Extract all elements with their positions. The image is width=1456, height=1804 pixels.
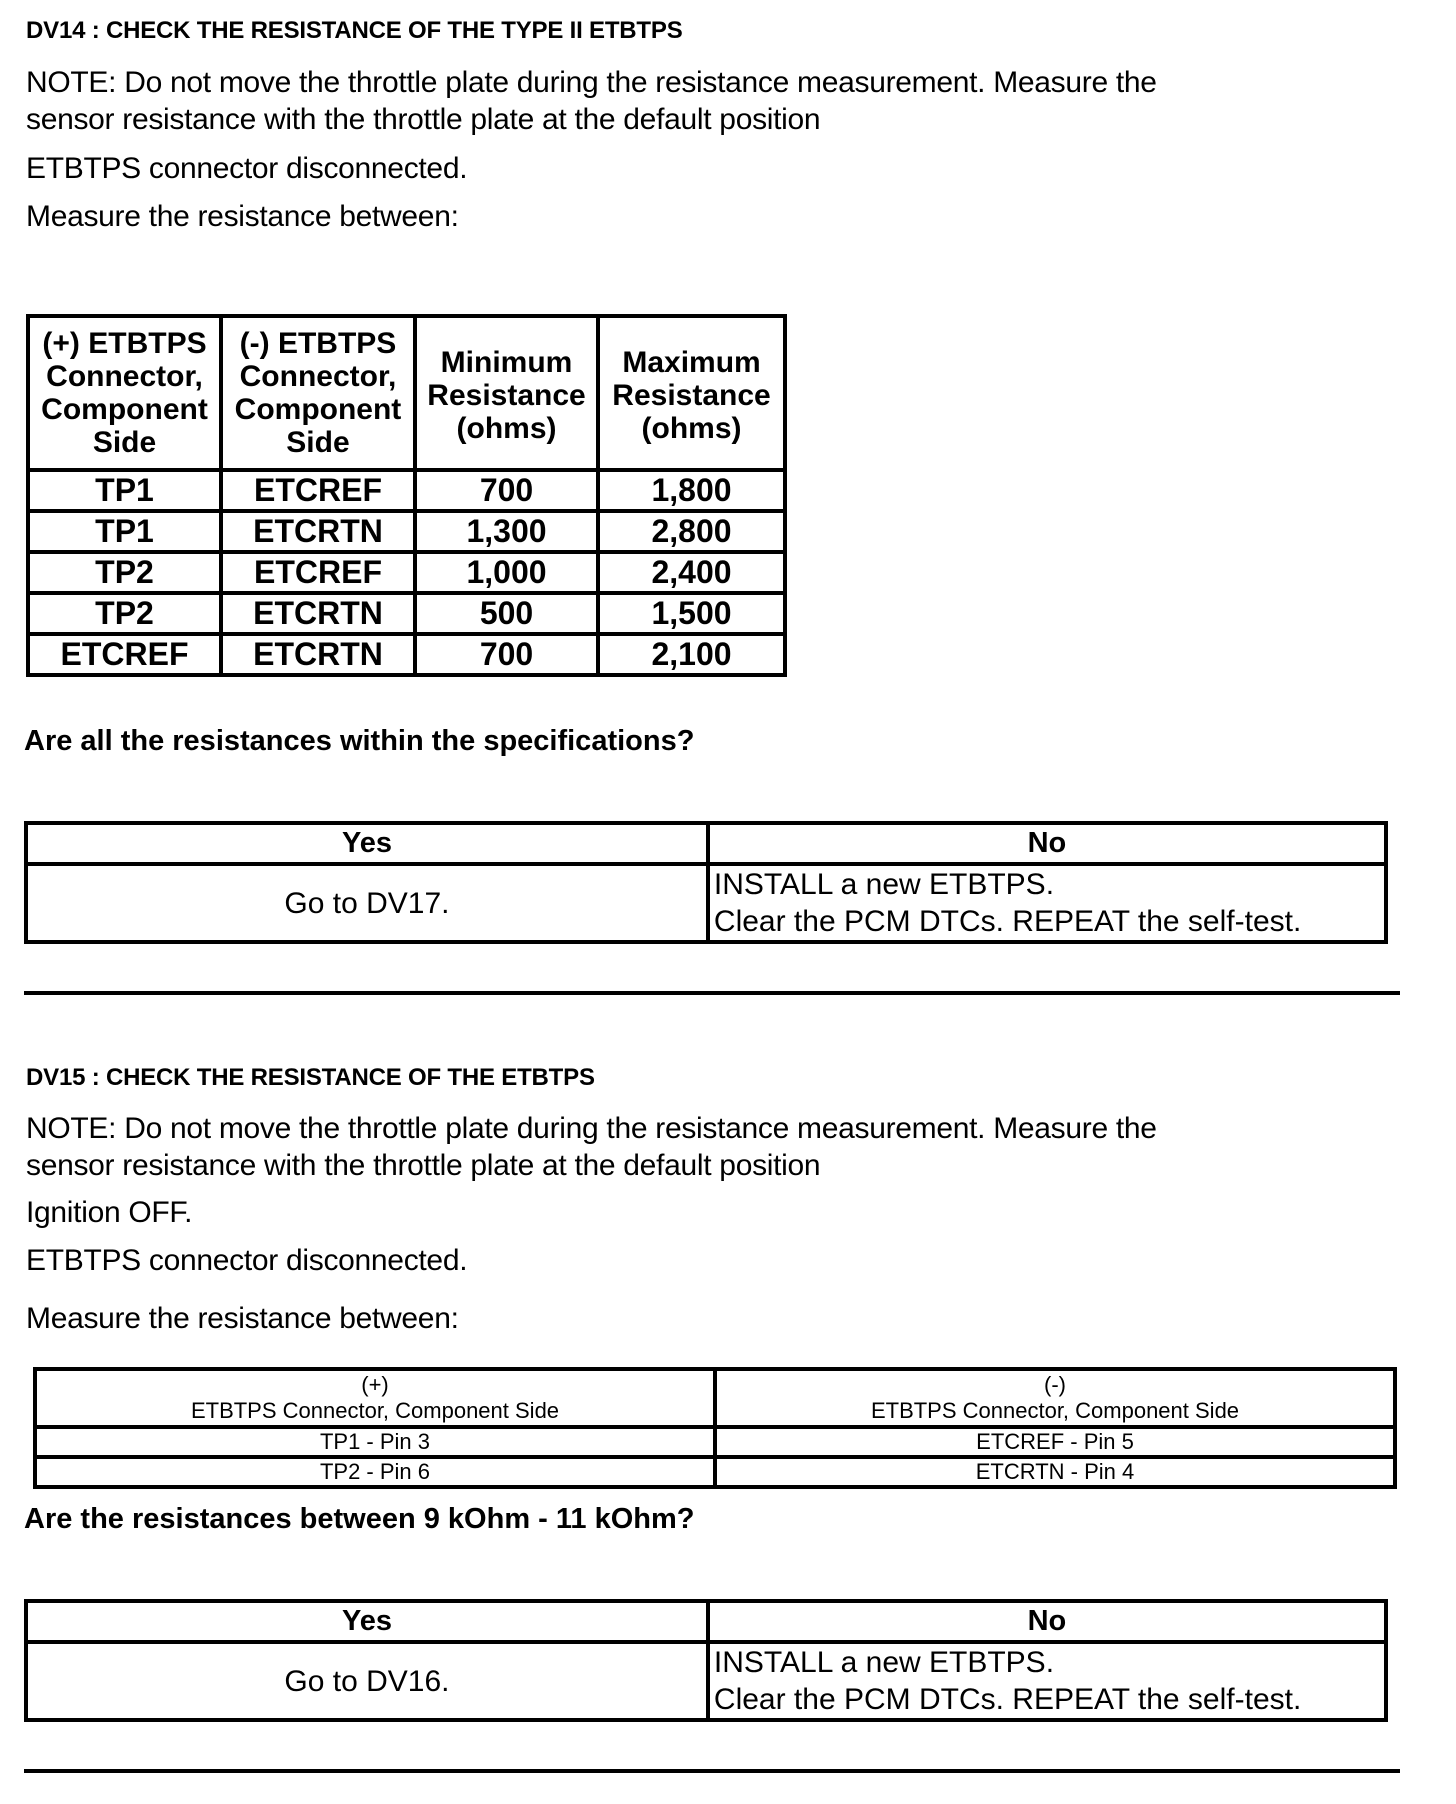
dv15-step-2: ETBTPS connector disconnected. (26, 1242, 467, 1279)
cell-positive: TP1 (28, 470, 221, 511)
cell-positive: ETCREF (28, 634, 221, 675)
dv14-note: NOTE: Do not move the throttle plate dur… (26, 64, 1157, 138)
dv15-question: Are the resistances between 9 kOhm - 11 … (24, 1503, 694, 1536)
header-line: Resistance (417, 379, 596, 412)
no-action-line1: INSTALL a new ETBTPS. (714, 1644, 1384, 1681)
dv15-note-line1: NOTE: Do not move the throttle plate dur… (26, 1110, 1157, 1147)
header-line: Component (30, 393, 219, 426)
table-row: TP2 - Pin 6 ETCRTN - Pin 4 (35, 1457, 1395, 1487)
pin-header-positive: (+) ETBTPS Connector, Component Side (35, 1369, 715, 1427)
dv14-step-1: ETBTPS connector disconnected. (26, 150, 467, 187)
cell-negative: ETCREF (221, 552, 415, 593)
spec-table-header-row: (+) ETBTPS Connector, Component Side (-)… (28, 316, 785, 470)
header-line: Minimum (417, 346, 596, 379)
yes-header: Yes (26, 1601, 708, 1642)
dv14-question: Are all the resistances within the speci… (24, 725, 694, 758)
header-line: Connector, (30, 360, 219, 393)
cell-max: 2,100 (598, 634, 785, 675)
header-line: (ohms) (417, 412, 596, 445)
dv15-heading: DV15 : CHECK THE RESISTANCE OF THE ETBTP… (26, 1064, 595, 1092)
spec-header-min: Minimum Resistance (ohms) (415, 316, 598, 470)
cell-max: 2,400 (598, 552, 785, 593)
cell-negative: ETCRTN (221, 634, 415, 675)
header-line: Side (223, 426, 413, 459)
pin-table: (+) ETBTPS Connector, Component Side (-)… (33, 1367, 1397, 1489)
dv14-decision-table: Yes No Go to DV17. INSTALL a new ETBTPS.… (24, 821, 1388, 944)
header-line: (ohms) (600, 412, 783, 445)
header-line: (-) (717, 1372, 1393, 1398)
header-line: Component (223, 393, 413, 426)
dv14-note-line2: sensor resistance with the throttle plat… (26, 101, 1157, 138)
pin-table-header-row: (+) ETBTPS Connector, Component Side (-)… (35, 1369, 1395, 1427)
header-line: (+) (37, 1372, 713, 1398)
cell-min: 700 (415, 634, 598, 675)
header-line: Maximum (600, 346, 783, 379)
cell-positive: TP2 (28, 593, 221, 634)
decision-action-row: Go to DV17. INSTALL a new ETBTPS. Clear … (26, 864, 1386, 942)
dv14-step-2: Measure the resistance between: (26, 198, 459, 235)
cell-positive: TP2 (28, 552, 221, 593)
cell-negative-pin: ETCRTN - Pin 4 (715, 1457, 1395, 1487)
header-line: (-) ETBTPS (223, 327, 413, 360)
table-row: TP1 ETCRTN 1,300 2,800 (28, 511, 785, 552)
cell-positive: TP1 (28, 511, 221, 552)
cell-negative: ETCRTN (221, 511, 415, 552)
cell-min: 1,300 (415, 511, 598, 552)
cell-max: 1,800 (598, 470, 785, 511)
dv15-step-1: Ignition OFF. (26, 1194, 192, 1231)
cell-min: 1,000 (415, 552, 598, 593)
decision-action-row: Go to DV16. INSTALL a new ETBTPS. Clear … (26, 1642, 1386, 1720)
header-line: ETBTPS Connector, Component Side (37, 1398, 713, 1424)
dv14-note-line1: NOTE: Do not move the throttle plate dur… (26, 64, 1157, 101)
decision-header-row: Yes No (26, 823, 1386, 864)
section-divider (24, 991, 1400, 995)
dv15-note: NOTE: Do not move the throttle plate dur… (26, 1110, 1157, 1184)
table-row: TP2 ETCREF 1,000 2,400 (28, 552, 785, 593)
dv15-note-line2: sensor resistance with the throttle plat… (26, 1147, 1157, 1184)
cell-min: 700 (415, 470, 598, 511)
yes-action-link[interactable]: Go to DV17. (26, 864, 708, 942)
cell-negative-pin: ETCREF - Pin 5 (715, 1427, 1395, 1457)
yes-header: Yes (26, 823, 708, 864)
header-line: Resistance (600, 379, 783, 412)
no-header: No (708, 1601, 1386, 1642)
no-action: INSTALL a new ETBTPS. Clear the PCM DTCs… (708, 1642, 1386, 1720)
no-action: INSTALL a new ETBTPS. Clear the PCM DTCs… (708, 864, 1386, 942)
no-action-line2: Clear the PCM DTCs. REPEAT the self-test… (714, 1681, 1384, 1718)
table-row: ETCREF ETCRTN 700 2,100 (28, 634, 785, 675)
cell-max: 2,800 (598, 511, 785, 552)
dv15-step-3: Measure the resistance between: (26, 1300, 459, 1337)
no-action-line2: Clear the PCM DTCs. REPEAT the self-test… (714, 903, 1384, 940)
table-row: TP1 - Pin 3 ETCREF - Pin 5 (35, 1427, 1395, 1457)
cell-positive-pin: TP2 - Pin 6 (35, 1457, 715, 1487)
section-divider (24, 1769, 1400, 1773)
cell-negative: ETCREF (221, 470, 415, 511)
header-line: Connector, (223, 360, 413, 393)
cell-negative: ETCRTN (221, 593, 415, 634)
header-line: ETBTPS Connector, Component Side (717, 1398, 1393, 1424)
header-line: (+) ETBTPS (30, 327, 219, 360)
cell-positive-pin: TP1 - Pin 3 (35, 1427, 715, 1457)
table-row: TP2 ETCRTN 500 1,500 (28, 593, 785, 634)
pin-header-negative: (-) ETBTPS Connector, Component Side (715, 1369, 1395, 1427)
resistance-spec-table: (+) ETBTPS Connector, Component Side (-)… (26, 314, 787, 677)
yes-action-link[interactable]: Go to DV16. (26, 1642, 708, 1720)
cell-min: 500 (415, 593, 598, 634)
spec-header-positive: (+) ETBTPS Connector, Component Side (28, 316, 221, 470)
table-row: TP1 ETCREF 700 1,800 (28, 470, 785, 511)
no-action-line1: INSTALL a new ETBTPS. (714, 866, 1384, 903)
dv15-decision-table: Yes No Go to DV16. INSTALL a new ETBTPS.… (24, 1599, 1388, 1722)
spec-header-max: Maximum Resistance (ohms) (598, 316, 785, 470)
decision-header-row: Yes No (26, 1601, 1386, 1642)
dv14-heading: DV14 : CHECK THE RESISTANCE OF THE TYPE … (26, 17, 683, 45)
spec-header-negative: (-) ETBTPS Connector, Component Side (221, 316, 415, 470)
no-header: No (708, 823, 1386, 864)
header-line: Side (30, 426, 219, 459)
cell-max: 1,500 (598, 593, 785, 634)
